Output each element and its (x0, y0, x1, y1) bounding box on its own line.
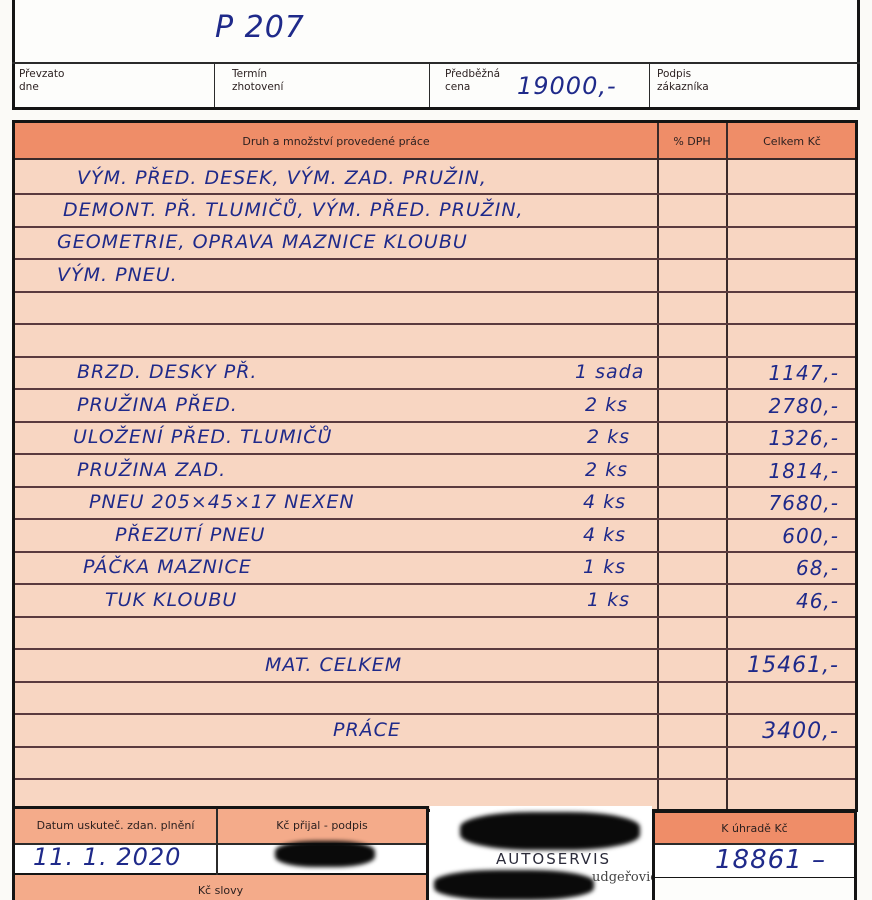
work-description-line: VÝM. PNEU. (57, 264, 178, 286)
item-total: 600,- (782, 524, 839, 548)
item-qty: 1 sada (575, 361, 644, 383)
row-line (15, 583, 855, 585)
field-customer-signature: Podpis zákazníka (650, 64, 857, 107)
row-line (15, 551, 855, 553)
row-line (15, 388, 855, 390)
redacted-signature (275, 841, 375, 867)
row-line (15, 291, 855, 293)
row-line (15, 356, 855, 358)
row-line (15, 778, 855, 780)
row-line (15, 193, 855, 195)
field-label: Podpis (657, 68, 850, 81)
bottom-column-divider (216, 809, 218, 875)
tax-date-label: Datum uskuteč. zdan. plnění (15, 809, 216, 841)
field-label: Převzato (19, 68, 207, 81)
item-name: PRUŽINA PŘED. (77, 394, 238, 416)
item-name: ULOŽENÍ PŘED. TLUMIČŮ (73, 426, 332, 448)
item-total: 2780,- (769, 394, 839, 418)
row-line (15, 746, 855, 748)
item-total: 1326,- (769, 426, 839, 450)
column-header-work: Druh a množství provedené práce (15, 123, 657, 160)
item-qty: 2 ks (585, 394, 628, 416)
amount-due-lower-cell (652, 878, 857, 900)
row-line (15, 518, 855, 520)
row-line (15, 681, 855, 683)
row-line (15, 421, 855, 423)
column-header-total: Celkem Kč (727, 123, 857, 160)
amount-due-box: K úhradě Kč 18861 – (652, 810, 857, 880)
row-line (15, 453, 855, 455)
field-label: zhotovení (232, 81, 422, 94)
received-signature-label: Kč přijal - podpis (218, 809, 426, 841)
row-line (15, 648, 855, 650)
item-name: PRUŽINA ZAD. (77, 459, 226, 481)
work-table: Druh a množství provedené práce % DPH Ce… (12, 120, 858, 812)
row-line (15, 323, 855, 325)
column-header-vat: % DPH (658, 123, 726, 160)
stamp-company-type: AUTOSERVIS (496, 850, 611, 868)
labor-total-value: 3400,- (762, 719, 839, 744)
field-received-date: Převzato dne (12, 64, 215, 107)
item-name: PŘEZUTÍ PNEU (115, 524, 265, 546)
amount-due-value: 18861 – (715, 845, 826, 875)
document-number: P 207 (215, 10, 305, 45)
amount-due-label: K úhradě Kč (655, 813, 854, 845)
amount-in-words-label: Kč slovy (15, 875, 426, 900)
material-total-value: 15461,- (747, 653, 839, 678)
work-description-line: VÝM. PŘED. DESEK, VÝM. ZAD. PRUŽIN, (77, 167, 487, 189)
material-total-label: MAT. CELKEM (265, 654, 402, 676)
work-description-line: DEMONT. PŘ. TLUMIČŮ, VÝM. PŘED. PRUŽIN, (63, 199, 524, 221)
row-line (15, 486, 855, 488)
redacted-address (434, 870, 594, 900)
tax-date-box: Datum uskuteč. zdan. plnění Kč přijal - … (12, 806, 429, 900)
item-qty: 2 ks (587, 426, 630, 448)
redacted-company-name (460, 812, 640, 850)
item-total: 1147,- (769, 361, 839, 385)
item-name: TUK KLOUBU (105, 589, 237, 611)
item-qty: 4 ks (583, 491, 626, 513)
item-qty: 4 ks (583, 524, 626, 546)
labor-total-label: PRÁCE (333, 719, 401, 741)
company-stamp: AUTOSERVIS udgeřovice (430, 806, 652, 900)
row-line (15, 258, 855, 260)
item-total: 46,- (796, 589, 839, 613)
estimated-price-value: 19000,- (517, 72, 617, 100)
item-qty: 1 ks (587, 589, 630, 611)
item-name: PNEU 205×45×17 NEXEN (89, 491, 355, 513)
row-line (15, 713, 855, 715)
work-description-line: GEOMETRIE, OPRAVA MAZNICE KLOUBU (57, 231, 468, 253)
item-name: PÁČKA MAZNICE (83, 556, 252, 578)
item-qty: 1 ks (583, 556, 626, 578)
item-total: 1814,- (769, 459, 839, 483)
item-total: 68,- (796, 556, 839, 580)
field-label: zákazníka (657, 81, 850, 94)
item-name: BRZD. DESKY PŘ. (77, 361, 257, 383)
tax-date-value: 11. 1. 2020 (33, 843, 181, 871)
row-line (15, 616, 855, 618)
field-label: Termín (232, 68, 422, 81)
row-line (15, 226, 855, 228)
item-total: 7680,- (769, 491, 839, 515)
field-label: dne (19, 81, 207, 94)
field-completion-date: Termín zhotovení (225, 64, 430, 107)
item-qty: 2 ks (585, 459, 628, 481)
